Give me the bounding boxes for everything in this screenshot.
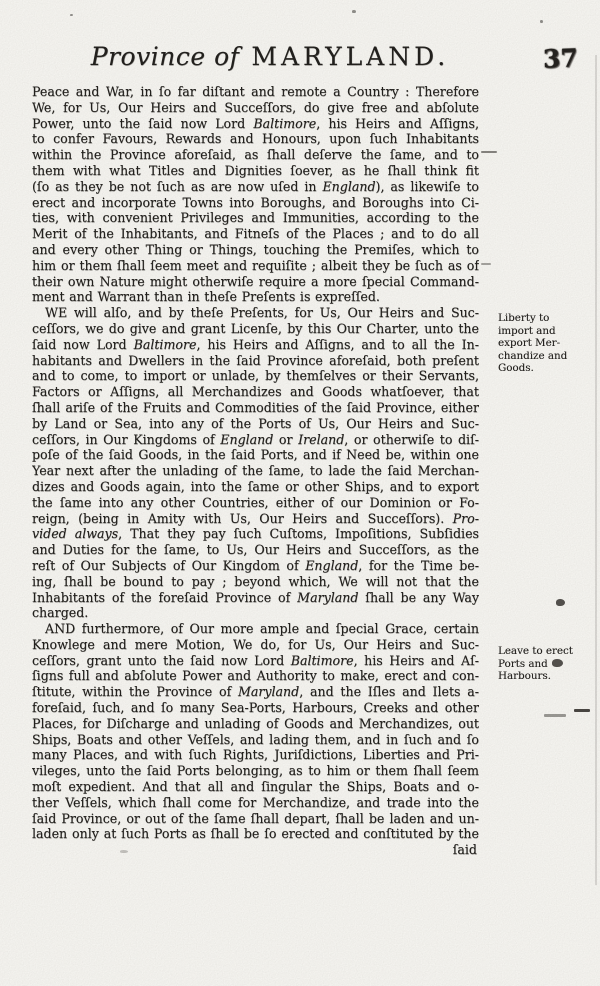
ink-speck: [552, 659, 563, 667]
ink-speck: [352, 10, 356, 13]
margin-note-import-export: Liberty toimport andexport Mer-chandize …: [498, 312, 584, 375]
catchword: ſaid: [32, 842, 479, 858]
text-line: ſaid now Lord Baltimore, his Heirs and A…: [32, 337, 479, 353]
page-edge-line: [595, 55, 597, 885]
text-line: ceſſors, in Our Kingdoms of England or I…: [32, 432, 479, 448]
text-line: Inhabitants of the foreſaid Province of …: [32, 590, 479, 606]
text-line: and Duties for the ſame, to Us, Our Heir…: [32, 542, 479, 558]
text-line: dizes and Goods again, into the ſame or …: [32, 479, 479, 495]
ink-speck: [481, 263, 491, 265]
book-page: Province ofMARYLAND. 37 Peace and War, i…: [0, 0, 600, 986]
page-title: Province ofMARYLAND.: [40, 42, 500, 71]
text-line: Places, for Diſcharge and unlading of Go…: [32, 716, 479, 732]
text-line: and every other Thing or Things, touchin…: [32, 242, 479, 258]
ink-speck: [556, 599, 565, 606]
text-line: ceſſors, we do give and grant Licenſe, b…: [32, 321, 479, 337]
text-line: Year next after the unlading of the ſame…: [32, 463, 479, 479]
text-line: him or them ſhall ſeem meet and requiſit…: [32, 258, 479, 274]
text-line: vided always, That they pay ſuch Cuſtoms…: [32, 526, 479, 542]
text-line: moſt expedient. And that all and ſingula…: [32, 779, 479, 795]
text-line: AND furthermore, of Our more ample and ſ…: [32, 621, 479, 637]
text-line: vileges, unto the ſaid Ports belonging, …: [32, 763, 479, 779]
text-line: ties, with convenient Privileges and Imm…: [32, 210, 479, 226]
text-line: poſe of the ſaid Goods, in the ſaid Port…: [32, 447, 479, 463]
text-line: ther Veſſels, which ſhall come for Merch…: [32, 795, 479, 811]
paragraph-import-export-license: WE will alſo, and by theſe Preſents, for…: [32, 305, 479, 621]
text-line: the ſame into any other Countries, eithe…: [32, 495, 479, 511]
text-line: ſigns full and abſolute Power and Author…: [32, 668, 479, 684]
text-line: Power, unto the ſaid now Lord Baltimore,…: [32, 116, 479, 132]
ink-speck: [120, 850, 128, 853]
title-province-of: Province of: [91, 42, 240, 71]
text-line: Merit of the Inhabitants, and Fitneſs of…: [32, 226, 479, 242]
ink-speck: [481, 151, 497, 153]
text-line: ſaid Province, or out of the ſame ſhall …: [32, 811, 479, 827]
text-line: them with what Titles and Dignities ſoev…: [32, 163, 479, 179]
paragraph-ports-and-harbours: AND furthermore, of Our more ample and ſ…: [32, 621, 479, 842]
text-line: ing, ſhall be bound to pay ; beyond whic…: [32, 574, 479, 590]
text-line: charged.: [32, 605, 479, 621]
text-line: WE will alſo, and by theſe Preſents, for…: [32, 305, 479, 321]
text-line: habitants and Dwellers in the ſaid Provi…: [32, 353, 479, 369]
ink-speck: [574, 709, 590, 712]
text-line: many Places, and with ſuch Rights, Juriſ…: [32, 747, 479, 763]
margin-note-ports-harbours: Leave to erectPorts andHarbours.: [498, 645, 584, 683]
page-number: 37: [543, 43, 579, 73]
text-line: reign, (being in Amity with Us, Our Heir…: [32, 511, 479, 527]
body-text-column: Peace and War, in ſo far diſtant and rem…: [32, 84, 479, 858]
title-maryland: MARYLAND.: [251, 42, 449, 71]
text-line: erect and incorporate Towns into Borough…: [32, 195, 479, 211]
text-line: to confer Favours, Rewards and Honours, …: [32, 131, 479, 147]
text-line: within the Province aforeſaid, as ſhall …: [32, 147, 479, 163]
text-line: foreſaid, ſuch, and ſo many Sea-Ports, H…: [32, 700, 479, 716]
text-line: ceſſors, grant unto the ſaid now Lord Ba…: [32, 653, 479, 669]
text-line: ſtitute, within the Province of Maryland…: [32, 684, 479, 700]
ink-speck: [540, 20, 543, 23]
text-line: Knowlege and mere Motion, We do, for Us,…: [32, 637, 479, 653]
text-line: Peace and War, in ſo far diſtant and rem…: [32, 84, 479, 100]
text-line: ſhall ariſe of the Fruits and Commoditie…: [32, 400, 479, 416]
text-line: by Land or Sea, into any of the Ports of…: [32, 416, 479, 432]
text-line: their own Nature might otherwiſe require…: [32, 274, 479, 290]
text-line: reſt of Our Subjects of Our Kingdom of E…: [32, 558, 479, 574]
text-line: laden only at ſuch Ports as ſhall be ſo …: [32, 826, 479, 842]
ink-speck: [70, 14, 73, 16]
text-line: and to come, to import or unlade, by the…: [32, 368, 479, 384]
text-line: ment and Warrant than in theſe Preſents …: [32, 289, 479, 305]
text-line: We, for Us, Our Heirs and Succeſſors, do…: [32, 100, 479, 116]
text-line: (ſo as they be not ſuch as are now uſed …: [32, 179, 479, 195]
ink-speck: [544, 714, 566, 717]
text-line: Factors or Aſſigns, all Merchandizes and…: [32, 384, 479, 400]
text-line: Ships, Boats and other Veſſels, and ladi…: [32, 732, 479, 748]
paragraph-powers-and-titles: Peace and War, in ſo far diſtant and rem…: [32, 84, 479, 305]
